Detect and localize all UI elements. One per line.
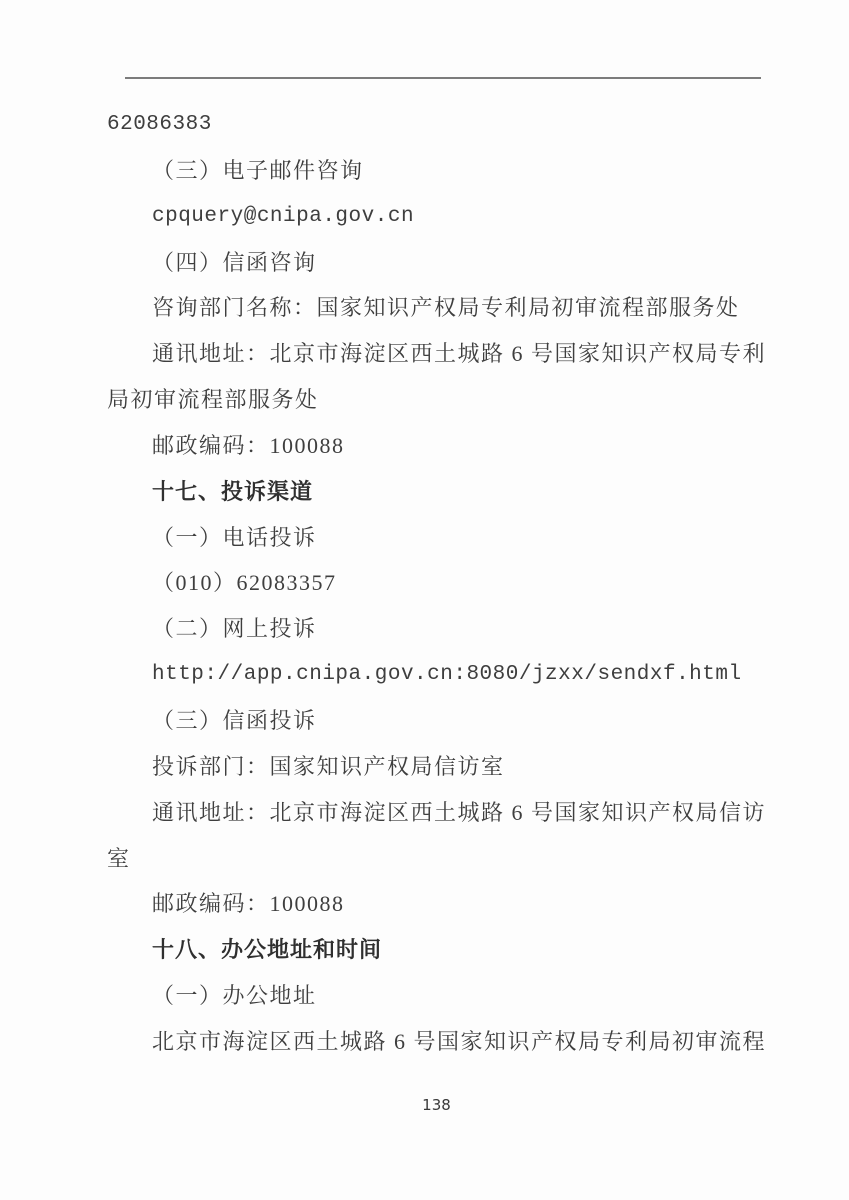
line-postal-code-2: 邮政编码：100088 bbox=[107, 881, 772, 927]
line-complaint-url: http://app.cnipa.gov.cn:8080/jzxx/sendxf… bbox=[107, 652, 772, 698]
line-complaint-phone-number: （010）62083357 bbox=[107, 560, 772, 606]
line-subheading-phone-complaint: （一）电话投诉 bbox=[107, 515, 772, 561]
line-postal-code-1: 邮政编码：100088 bbox=[107, 423, 772, 469]
document-page: 62086383 （三）电子邮件咨询 cpquery@cnipa.gov.cn … bbox=[0, 0, 849, 1200]
heading-section-18-office: 十八、办公地址和时间 bbox=[107, 927, 772, 973]
line-subheading-email-inquiry: （三）电子邮件咨询 bbox=[107, 148, 772, 194]
line-mailing-address-2-cont: 室 bbox=[107, 836, 772, 882]
line-subheading-letter-complaint: （三）信函投诉 bbox=[107, 698, 772, 744]
line-mailing-address-2: 通讯地址：北京市海淀区西土城路 6 号国家知识产权局信访 bbox=[107, 790, 772, 836]
line-inquiry-department-name: 咨询部门名称：国家知识产权局专利局初审流程部服务处 bbox=[107, 285, 772, 331]
line-mailing-address-1-cont: 局初审流程部服务处 bbox=[107, 377, 772, 423]
line-subheading-online-complaint: （二）网上投诉 bbox=[107, 606, 772, 652]
line-email-address: cpquery@cnipa.gov.cn bbox=[107, 194, 772, 240]
page-number: 138 bbox=[0, 1096, 849, 1114]
line-phone-number-continuation: 62086383 bbox=[107, 102, 772, 148]
line-subheading-office-address: （一）办公地址 bbox=[107, 973, 772, 1019]
heading-section-17-complaints: 十七、投诉渠道 bbox=[107, 469, 772, 515]
line-subheading-letter-inquiry: （四）信函咨询 bbox=[107, 240, 772, 286]
line-mailing-address-1: 通讯地址：北京市海淀区西土城路 6 号国家知识产权局专利 bbox=[107, 331, 772, 377]
line-complaint-department: 投诉部门：国家知识产权局信访室 bbox=[107, 744, 772, 790]
document-body: 62086383 （三）电子邮件咨询 cpquery@cnipa.gov.cn … bbox=[107, 102, 772, 1065]
header-rule-divider bbox=[125, 77, 761, 79]
line-office-address: 北京市海淀区西土城路 6 号国家知识产权局专利局初审流程 bbox=[107, 1019, 772, 1065]
